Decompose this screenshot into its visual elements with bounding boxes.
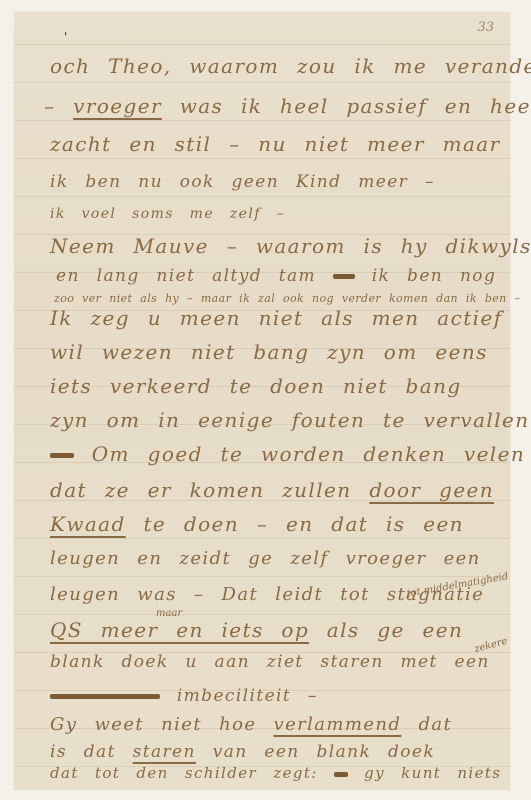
manuscript-line-14: dat ze er komen zullen door geen — [50, 478, 494, 502]
line-text: Ik zeg u meen niet als men actief — [50, 306, 503, 330]
manuscript-line-15: Kwaad te doen – en dat is een — [50, 512, 464, 536]
manuscript-line-4: ik ben nu ook geen Kind meer – — [50, 172, 435, 192]
underlined-word: verlammend — [274, 714, 402, 735]
ruled-line — [14, 44, 510, 45]
manuscript-line-3: zacht en stil – nu niet meer maar — [50, 132, 501, 156]
dash: – — [44, 94, 55, 118]
line-text: en lang niet altyd tam — [56, 266, 316, 286]
line-text: ik voel soms me zelf – — [50, 206, 285, 222]
manuscript-line-22: is dat staren van een blank doek — [50, 742, 435, 762]
line-text: Neem Mauve – waarom is hy dikwyls — [50, 234, 531, 258]
manuscript-line-7: en lang niet altyd tam ik ben nog — [56, 266, 496, 286]
ruled-line — [14, 158, 510, 159]
strikeout-mark — [50, 694, 160, 699]
underlined-phrase: QS meer en iets op — [50, 618, 309, 642]
manuscript-line-9: Ik zeg u meen niet als men actief — [50, 306, 503, 330]
line-text: imbeciliteit – — [177, 686, 318, 706]
underlined-word: vroeger — [73, 94, 162, 118]
line-text: dat tot den schilder zegt: — [50, 764, 318, 782]
line-text: als ge een — [327, 618, 464, 642]
manuscript-line-20: imbeciliteit – — [50, 686, 318, 706]
manuscript-page: ' 33 och Theo, waarom zou ik me verander… — [14, 12, 510, 790]
line-text-tail: dat — [418, 714, 452, 735]
underlined-word: staren — [133, 742, 196, 762]
underlined-word: door geen — [369, 478, 494, 502]
page-number: 33 — [477, 20, 494, 35]
strikeout-mark — [333, 274, 355, 279]
line-text: leugen en zeidt ge zelf vroeger een — [50, 548, 481, 569]
manuscript-line-1: och Theo, waarom zou ik me veranderen — [50, 54, 531, 78]
manuscript-line-19: blank doek u aan ziet staren met een — [50, 652, 490, 672]
manuscript-line-5: ik voel soms me zelf – — [50, 206, 285, 222]
manuscript-line-2: – vroeger was ik heel passief en heel — [44, 94, 531, 118]
line-text: Gy weet niet hoe — [50, 714, 256, 735]
line-text: zyn om in eenige fouten te vervallen — [50, 408, 530, 432]
line-text: ik ben nu ook geen Kind meer – — [50, 172, 435, 192]
ruled-line — [14, 120, 510, 121]
line-text: zacht en stil – nu niet meer maar — [50, 132, 501, 156]
manuscript-line-18: QS meer en iets op als ge een — [50, 618, 463, 642]
strikeout-mark — [50, 453, 74, 458]
manuscript-line-16: leugen en zeidt ge zelf vroeger een — [50, 548, 481, 569]
underlined-word: Kwaad — [50, 512, 126, 536]
margin-mark: ' — [64, 30, 67, 44]
line-text-tail: gy kunt niets — [364, 764, 501, 782]
manuscript-line-10: wil wezen niet bang zyn om eens — [50, 340, 488, 364]
line-text: is dat — [50, 742, 116, 762]
line-text: was ik heel passief en heel — [180, 94, 531, 118]
line-text-tail: van een blank doek — [213, 742, 435, 762]
manuscript-line-6: Neem Mauve – waarom is hy dikwyls — [50, 234, 531, 258]
line-text: leugen was – Dat leidt tot stagnatie — [50, 584, 484, 605]
manuscript-line-13: Om goed te worden denken velen — [50, 442, 525, 466]
document-viewer: ' 33 och Theo, waarom zou ik me verander… — [0, 0, 531, 800]
manuscript-line-8: zoo ver niet als hy – maar ik zal ook no… — [54, 292, 520, 305]
strikeout-mark — [334, 772, 348, 777]
line-text: wil wezen niet bang zyn om eens — [50, 340, 488, 364]
line-text-tail: ik ben nog — [372, 266, 497, 286]
manuscript-line-12: zyn om in eenige fouten te vervallen — [50, 408, 530, 432]
ruled-line — [14, 196, 510, 197]
line-text: iets verkeerd te doen niet bang — [50, 374, 462, 398]
ruled-line — [14, 82, 510, 83]
manuscript-line-21: Gy weet niet hoe verlammend dat — [50, 714, 452, 735]
line-text: blank doek u aan ziet staren met een — [50, 652, 490, 672]
line-text: Om goed te worden denken velen — [92, 442, 525, 466]
ruled-line — [14, 614, 510, 615]
line-text: te doen – en dat is een — [143, 512, 463, 536]
ruled-line — [14, 538, 510, 539]
manuscript-line-11: iets verkeerd te doen niet bang — [50, 374, 462, 398]
manuscript-line-23: dat tot den schilder zegt: gy kunt niets — [50, 764, 501, 782]
line-text: och Theo, waarom zou ik me veranderen — [50, 54, 531, 78]
manuscript-line-17: leugen was – Dat leidt tot stagnatie — [50, 584, 484, 605]
line-text: zoo ver niet als hy – maar ik zal ook no… — [54, 292, 520, 305]
ruled-line — [14, 576, 510, 577]
line-text: dat ze er komen zullen — [50, 478, 352, 502]
